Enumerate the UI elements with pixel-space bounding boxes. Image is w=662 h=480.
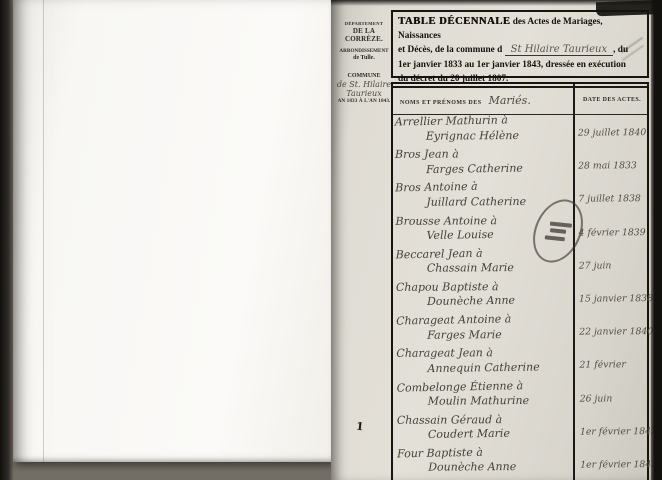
act-date: 21 février [579, 359, 649, 370]
commune-label: COMMUNE [335, 73, 393, 79]
commune-name-handwritten: St Hilaire Taurieux [505, 44, 613, 56]
header-line2-suffix: , du [613, 45, 628, 55]
bride-name: Eyrignac Hélène [426, 129, 519, 143]
table-header-row: NOMS ET PRÉNOMS DESMariés. DATE DES ACTE… [393, 84, 647, 115]
bride-name: Moulin Mathurine [428, 394, 529, 408]
page-mark: 1 [355, 420, 364, 434]
act-date: 27 juin [579, 260, 649, 271]
bride-name: Farges Marie [427, 328, 502, 342]
scan-right-edge [650, 0, 662, 480]
act-date: 28 mai 1833 [578, 160, 648, 171]
departement-value: DE LA CORRÈZE. [335, 27, 393, 43]
header-line2-prefix: et Décès, de la commune d [398, 45, 502, 55]
bride-name: Farges Catherine [426, 161, 523, 176]
commune-handwritten-2: Taurieux [335, 89, 393, 98]
table-row: Brousse Antoine àVelle Louise4 février 1… [392, 213, 646, 248]
act-date: 15 janvier 1838 [579, 293, 649, 304]
printed-header: TABLE DÉCENNALE des Actes de Mariages, N… [391, 10, 649, 78]
table-rows: Arrellier Mathurin àEyrignac Hélène29 ju… [392, 113, 649, 480]
groom-name: Combelonge Étienne à [397, 379, 524, 394]
table-row: Chassain Géraud àCoudert Marie1er févrie… [394, 412, 648, 447]
groom-name: Beccarel Jean à [396, 246, 483, 261]
names-header-handwritten: Mariés. [489, 94, 531, 107]
table-row: Charageat Antoine àFarges Marie22 janvie… [393, 312, 647, 347]
act-date: 1er février 1842 [580, 426, 650, 437]
arrondissement-value: de Tulle. [335, 55, 393, 61]
act-date: 22 janvier 1840 [579, 326, 649, 337]
header-line-1: TABLE DÉCENNALE des Actes de Mariages, N… [398, 15, 642, 43]
bride-name: Velle Louise [426, 228, 493, 242]
act-date: 7 juillet 1838 [578, 193, 648, 204]
registry-page: DÉPARTEMENT DE LA CORRÈZE. ARRONDISSEMEN… [331, 0, 651, 480]
decennial-table: NOMS ET PRÉNOMS DESMariés. DATE DES ACTE… [391, 82, 649, 480]
groom-name: Bros Jean à [395, 148, 459, 161]
bride-name: Annequin Catherine [427, 360, 539, 375]
page-crease [43, 0, 44, 462]
header-line-3: 1er janvier 1833 au 1er janvier 1843, dr… [398, 58, 642, 72]
names-header-printed: NOMS ET PRÉNOMS DES [400, 100, 482, 106]
table-row: Beccarel Jean àChassain Marie27 juin [393, 246, 647, 281]
groom-name: Charageat Antoine à [396, 312, 511, 327]
bride-name: Coudert Marie [428, 427, 510, 441]
departement-label: DÉPARTEMENT [335, 21, 393, 26]
table-row: Bros Antoine àJuillard Catherine7 juille… [392, 179, 646, 214]
act-date: 4 février 1839 [579, 227, 649, 238]
groom-name: Brousse Antoine à [395, 214, 497, 228]
bride-name: Dounèche Anne [427, 294, 515, 308]
table-row: Chapou Baptiste àDounèche Anne15 janvier… [393, 279, 647, 314]
act-date: 26 juin [580, 393, 650, 404]
header-line-2: et Décès, de la commune d St Hilaire Tau… [398, 43, 642, 57]
table-row: Combelonge Étienne àMoulin Mathurine26 j… [394, 379, 648, 414]
groom-name: Arrellier Mathurin à [395, 113, 508, 128]
table-row: Arrellier Mathurin àEyrignac Hélène29 ju… [392, 113, 646, 148]
header-title: TABLE DÉCENNALE [398, 16, 510, 27]
book-scan-view: DÉPARTEMENT DE LA CORRÈZE. ARRONDISSEMEN… [0, 0, 662, 480]
groom-name: Chassain Géraud à [397, 413, 502, 427]
act-date: 29 juillet 1840 [578, 127, 648, 138]
act-date: 1er février 1842 [580, 459, 650, 470]
groom-name: Bros Antoine à [395, 180, 478, 195]
names-column-header: NOMS ET PRÉNOMS DESMariés. [400, 94, 531, 107]
left-blank-page [13, 0, 332, 462]
groom-name: Charageat Jean à [396, 347, 493, 361]
bride-name: Chassain Marie [427, 261, 514, 275]
bride-name: Dounèche Anne [428, 460, 516, 474]
commune-handwritten-1: de St. Hilaire [335, 80, 393, 89]
years-range: AN 1833 À L'AN 1843. [335, 98, 393, 104]
date-column-header: DATE DES ACTES. [577, 97, 647, 103]
table-row: Four Baptiste àDounèche Anne1er février … [394, 445, 648, 480]
groom-name: Four Baptiste à [397, 446, 483, 461]
groom-name: Chapou Baptiste à [396, 280, 499, 294]
bride-name: Juillard Catherine [426, 195, 526, 209]
table-row: Bros Jean àFarges Catherine28 mai 1833 [392, 146, 646, 181]
table-row: Charageat Jean àAnnequin Catherine21 fév… [393, 345, 647, 380]
arrondissement-label: ARRONDISSEMENT [337, 48, 390, 54]
